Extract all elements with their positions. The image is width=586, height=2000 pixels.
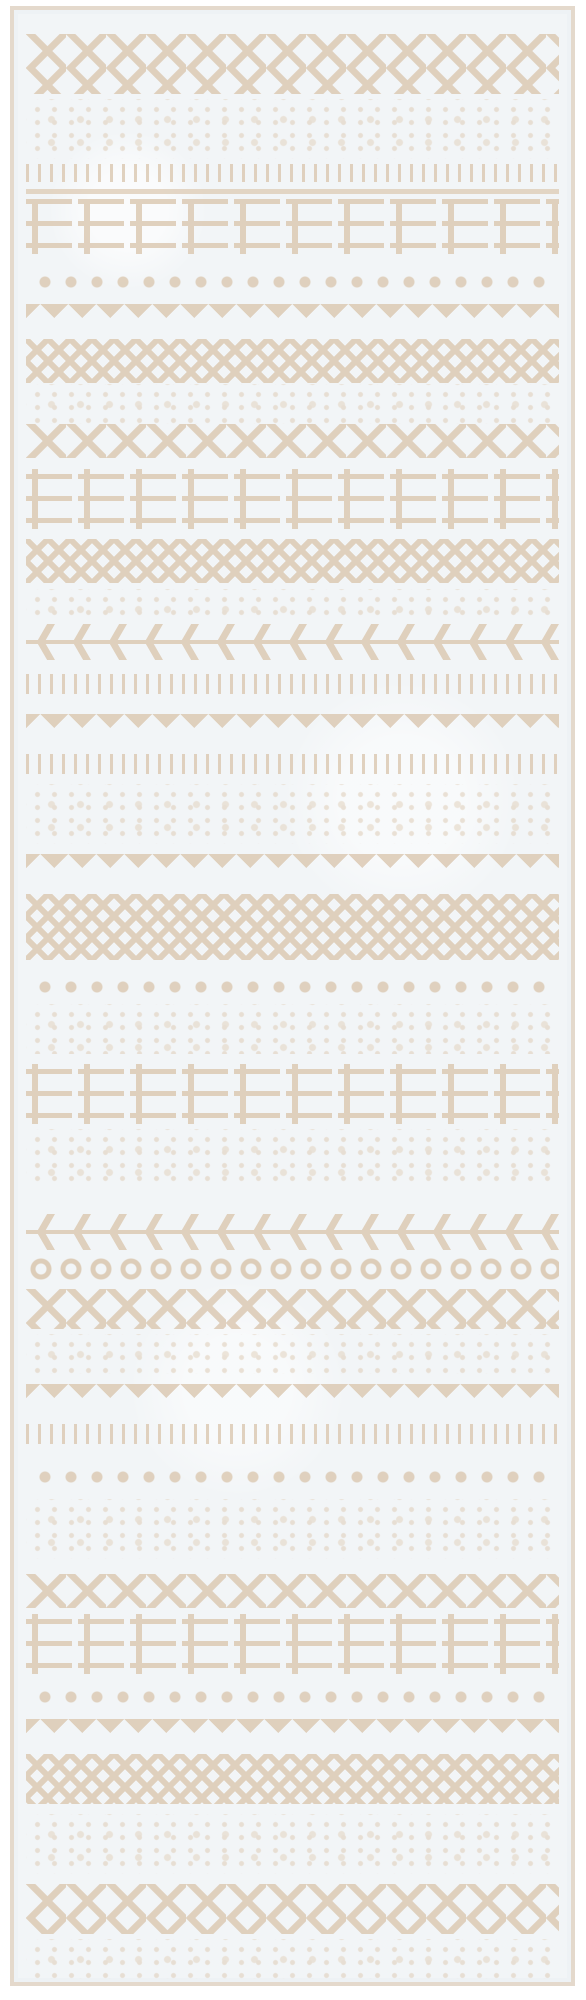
- pattern-band-zig: [26, 424, 559, 458]
- pattern-band-tri: [26, 304, 559, 332]
- pattern-band-speck: [26, 1004, 559, 1054]
- pattern-band-speck: [26, 1499, 559, 1559]
- pattern-band-tri: [26, 1384, 559, 1412]
- pattern-band-zig: [26, 1884, 559, 1934]
- pattern-band-speck: [26, 99, 559, 159]
- pattern-band-spiral-box: [26, 469, 559, 529]
- pattern-band-speck: [26, 1334, 559, 1374]
- pattern-band-ticks: [26, 754, 559, 774]
- pattern-band-diamond: [26, 539, 559, 583]
- pattern-band-diamond: [26, 894, 559, 960]
- pattern-band-arrows: [26, 624, 559, 660]
- pattern-band-spiral-box: [26, 1064, 559, 1124]
- pattern-band-speck: [26, 384, 559, 424]
- pattern-band-tri: [26, 854, 559, 882]
- pattern-band-speck: [26, 784, 559, 844]
- pattern-band-tri: [26, 714, 559, 742]
- pattern-band-zig: [26, 1574, 559, 1608]
- pattern-band-tri: [26, 1719, 559, 1747]
- pattern-band-ticks: [26, 1424, 559, 1444]
- rug-runner: [10, 6, 575, 1986]
- pattern-band-line: [26, 189, 559, 194]
- pattern-band-dots: [26, 1684, 559, 1710]
- pattern-band-diamond: [26, 1754, 559, 1804]
- pattern-band-diamond: [26, 339, 559, 383]
- pattern-band-zig: [26, 34, 559, 94]
- pattern-band-spiral-box: [26, 1614, 559, 1674]
- pattern-band-ticks: [26, 674, 559, 694]
- pattern-band-ticks: [26, 164, 559, 182]
- rug-field: [18, 14, 567, 1978]
- pattern-band-dots: [26, 1464, 559, 1490]
- pattern-band-spiral-box: [26, 199, 559, 254]
- pattern-band-dots: [26, 974, 559, 1000]
- pattern-band-speck: [26, 1129, 559, 1184]
- pattern-band-speck: [26, 1814, 559, 1874]
- pattern-band-zig: [26, 1289, 559, 1329]
- pattern-band-rings: [26, 1254, 559, 1284]
- pattern-band-speck: [26, 589, 559, 619]
- pattern-band-arrows: [26, 1214, 559, 1250]
- pattern-band-speck: [26, 1939, 559, 1979]
- pattern-band-dots: [26, 269, 559, 295]
